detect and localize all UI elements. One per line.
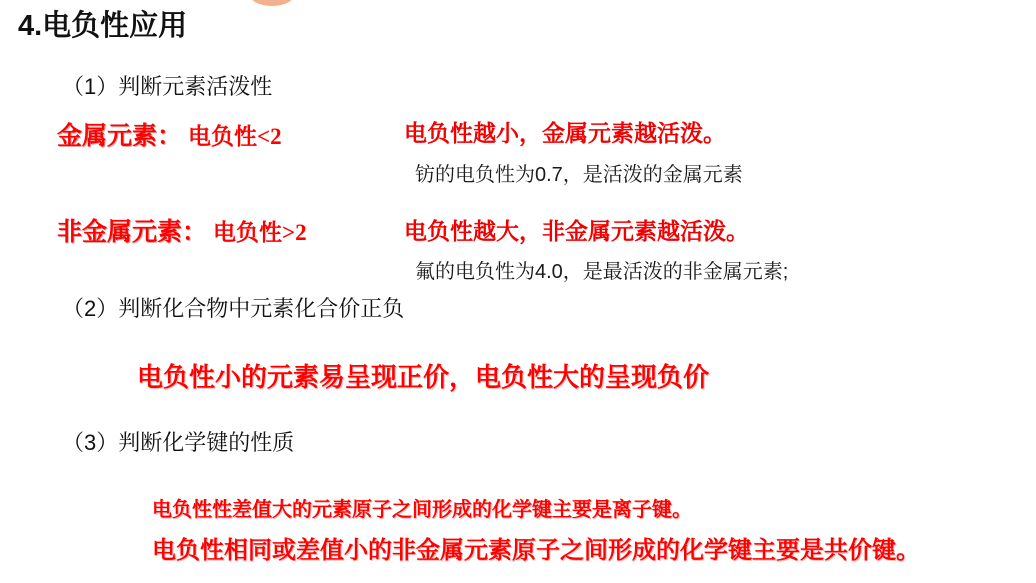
nonmetal-elements-row: 非金属元素：电负性>2 [57,217,307,247]
section-1-heading: （1）判断元素活泼性 [62,74,272,100]
metal-electronegativity-criterion: 电负性<2 [188,124,282,149]
metal-rule-text: 电负性越小，金属元素越活泼。 [404,120,726,148]
metal-elements-row: 金属元素：电负性<2 [57,121,282,151]
nonmetal-electronegativity-criterion: 电负性>2 [213,220,307,245]
nonmetal-elements-label: 非金属元素： [57,218,207,246]
covalent-bond-statement: 电负性相同或差值小的非金属元素原子之间形成的化学键主要是共价键。 [152,537,920,566]
peach-ellipse-decoration [250,0,294,6]
section-3-heading: （3）判断化学键的性质 [62,430,294,456]
slide-canvas: 4.电负性应用 （1）判断元素活泼性 金属元素：电负性<2 电负性越小，金属元素… [0,0,1036,583]
nonmetal-rule-text: 电负性越大，非金属元素越活泼。 [404,218,749,246]
ionic-bond-statement: 电负性性差值大的元素原子之间形成的化学键主要是离子键。 [152,498,692,522]
metal-example-text: 钫的电负性为0.7，是活泼的金属元素 [415,163,743,187]
nonmetal-example-text: 氟的电负性为4.0，是最活泼的非金属元素; [415,260,788,284]
section-2-heading: （2）判断化合物中元素化合价正负 [62,296,404,322]
slide-title: 4.电负性应用 [18,9,187,44]
metal-elements-label: 金属元素： [57,122,182,150]
valence-statement: 电负性小的元素易呈现正价，电负性大的呈现负价 [137,362,709,393]
